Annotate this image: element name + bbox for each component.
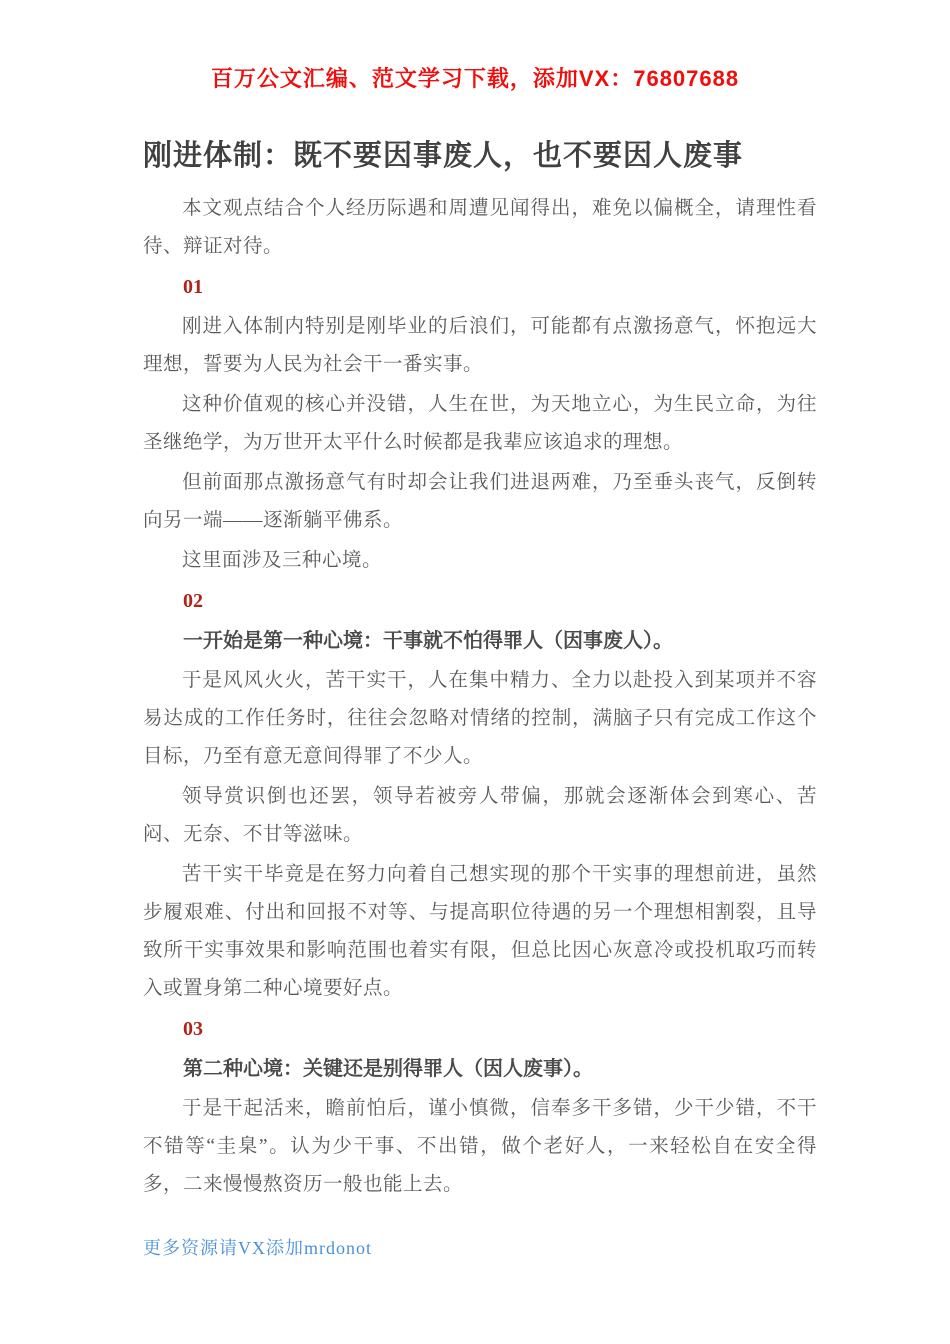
paragraph: 但前面那点激扬意气有时却会让我们进退两难，乃至垂头丧气，反倒转向另一端——逐渐躺…: [143, 464, 817, 540]
paragraph: 刚进入体制内特别是刚毕业的后浪们，可能都有点激扬意气，怀抱远大理想，誓要为人民为…: [143, 308, 817, 384]
section-label-03: 03: [143, 1010, 817, 1048]
paragraph: 领导赏识倒也还罢，领导若被旁人带偏，那就会逐渐体会到寒心、苦闷、无奈、不甘等滋味…: [143, 778, 817, 854]
header-promo-notice: 百万公文汇编、范文学习下载，添加VX：76807688: [0, 0, 950, 94]
paragraph: 于是风风火火，苦干实干，人在集中精力、全力以赴投入到某项并不容易达成的工作任务时…: [143, 662, 817, 776]
paragraph: 苦干实干毕竟是在努力向着自己想实现的那个干实事的理想前进，虽然步履艰难、付出和回…: [143, 856, 817, 1008]
section-label-01: 01: [143, 268, 817, 306]
footer-promo-notice: 更多资源请VX添加mrdonot: [143, 1236, 372, 1260]
section-heading: 一开始是第一种心境：干事就不怕得罪人（因事废人）。: [143, 622, 817, 660]
paragraph: 这里面涉及三种心境。: [143, 542, 817, 580]
document-body: 刚进体制：既不要因事废人，也不要因人废事 本文观点结合个人经历际遇和周遭见闻得出…: [143, 136, 817, 1204]
page-title: 刚进体制：既不要因事废人，也不要因人废事: [143, 136, 817, 176]
section-heading: 第二种心境：关键还是别得罪人（因人废事）。: [143, 1050, 817, 1088]
intro-paragraph: 本文观点结合个人经历际遇和周遭见闻得出，难免以偏概全，请理性看待、辩证对待。: [143, 190, 817, 266]
paragraph: 这种价值观的核心并没错，人生在世，为天地立心，为生民立命，为往圣继绝学，为万世开…: [143, 386, 817, 462]
section-label-02: 02: [143, 582, 817, 620]
paragraph: 于是干起活来，瞻前怕后，谨小慎微，信奉多干多错，少干少错，不干不错等“圭臬”。认…: [143, 1090, 817, 1204]
